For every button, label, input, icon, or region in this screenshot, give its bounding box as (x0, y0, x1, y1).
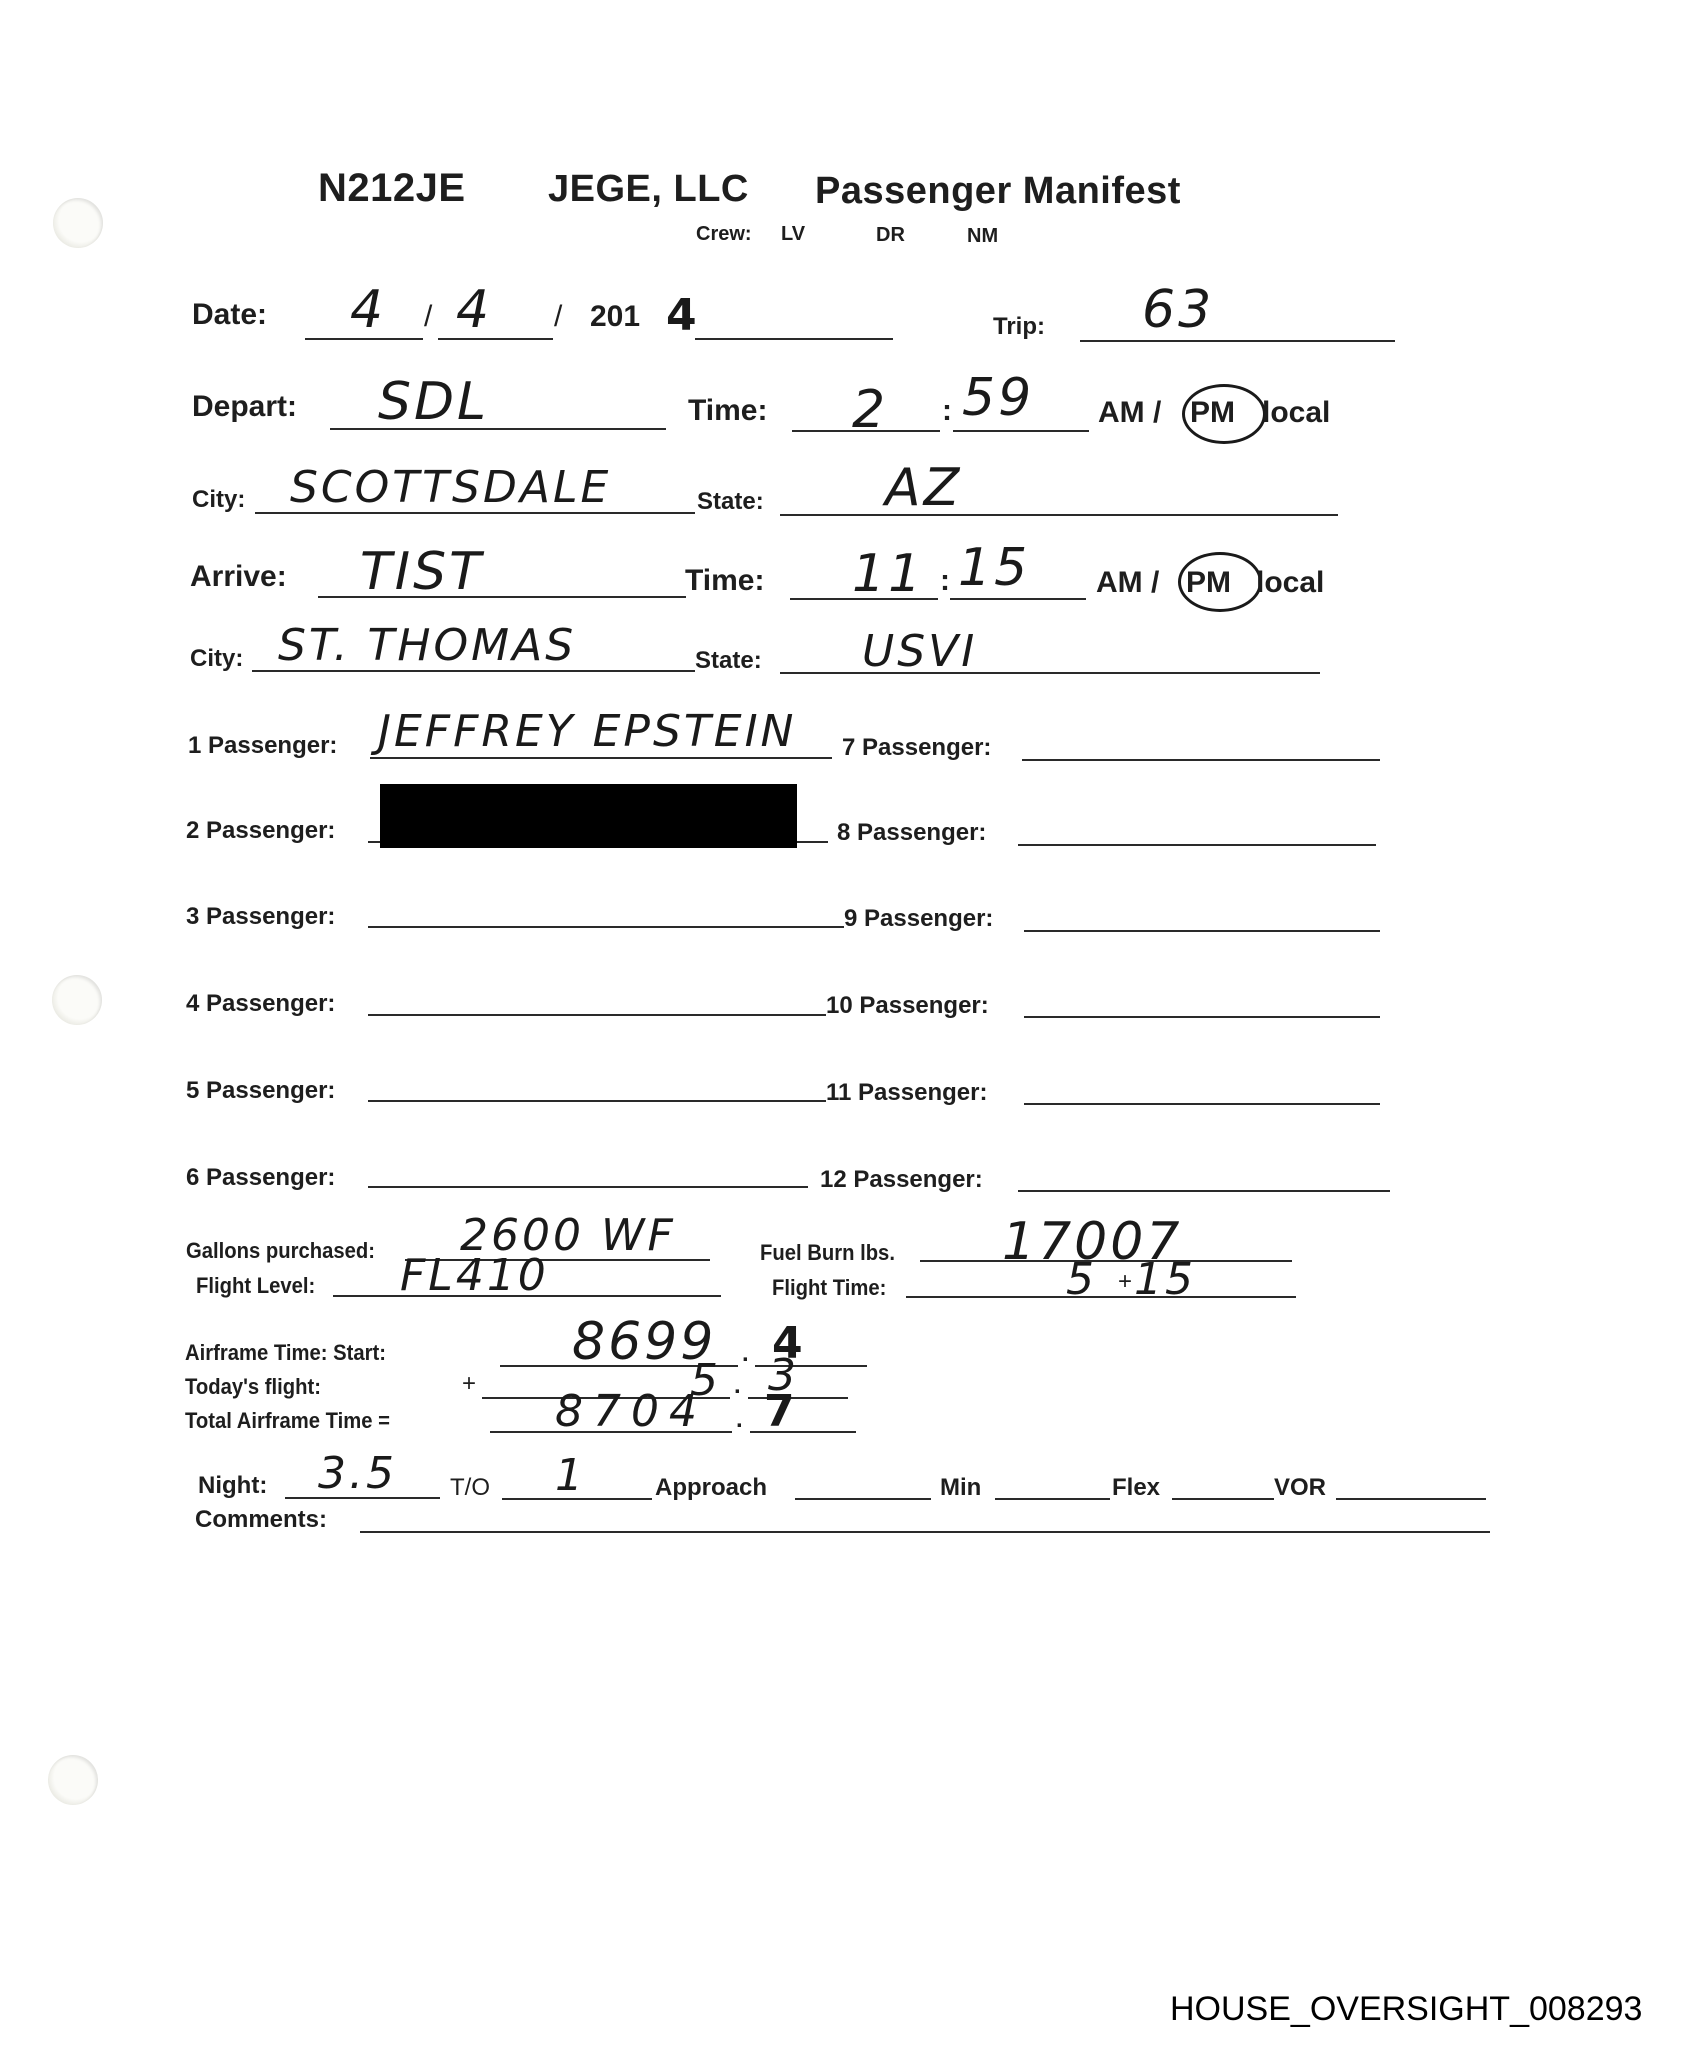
arrive-pm-selected-circle (1178, 552, 1262, 612)
passenger-12-field[interactable] (1018, 1190, 1390, 1192)
depart-city-label: City: (192, 486, 245, 514)
bates-number: HOUSE_OVERSIGHT_008293 (1170, 1990, 1642, 2029)
depart-local-label: local (1262, 396, 1330, 430)
todays-flight-dot: . (734, 1372, 741, 1400)
arrive-state-label: State: (695, 647, 762, 675)
to-label: T/O (450, 1474, 490, 1502)
crew-label: Crew: (696, 223, 752, 246)
depart-label: Depart: (192, 390, 297, 424)
passenger-11-field[interactable] (1024, 1103, 1380, 1105)
to-value: 1 (555, 1450, 586, 1501)
passenger-9-label: 9 Passenger: (844, 905, 993, 933)
total-airframe-tenths: 7 (764, 1386, 798, 1437)
trip-label: Trip: (993, 313, 1045, 341)
date-separator-1: / (424, 300, 432, 334)
depart-airport-value: SDL (378, 372, 489, 432)
date-label: Date: (192, 298, 267, 332)
comments-field[interactable] (360, 1531, 1490, 1533)
binder-hole-bottom (48, 1755, 98, 1805)
passenger-7-label: 7 Passenger: (842, 734, 991, 762)
passenger-3-label: 3 Passenger: (186, 903, 335, 931)
arrive-state-field[interactable] (780, 672, 1320, 674)
passenger-4-label: 4 Passenger: (186, 990, 335, 1018)
depart-state-field[interactable] (780, 514, 1338, 516)
airframe-start-dot: . (742, 1340, 749, 1368)
flex-field[interactable] (1172, 1498, 1274, 1500)
vor-field[interactable] (1336, 1498, 1486, 1500)
depart-time-label: Time: (688, 394, 767, 428)
min-label: Min (940, 1474, 981, 1502)
passenger-6-field[interactable] (368, 1186, 808, 1188)
passenger-5-label: 5 Passenger: (186, 1077, 335, 1105)
arrive-minute-field[interactable] (950, 598, 1086, 600)
flight-time-plus: + (1118, 1268, 1132, 1296)
depart-am-option[interactable]: AM / (1098, 396, 1161, 430)
arrive-label: Arrive: (190, 560, 287, 594)
date-year-handwritten: 4 (666, 290, 700, 341)
arrive-minute-value: 15 (958, 538, 1030, 598)
airframe-start-label: Airframe Time: Start: (185, 1340, 386, 1366)
depart-minute-field[interactable] (953, 430, 1089, 432)
passenger-3-field[interactable] (368, 926, 844, 928)
crew-member-1: LV (781, 223, 805, 246)
passenger-10-label: 10 Passenger: (826, 992, 989, 1020)
passenger-9-field[interactable] (1024, 930, 1380, 932)
date-year-field[interactable] (695, 338, 893, 340)
arrive-time-label: Time: (685, 564, 764, 598)
gallons-purchased-label: Gallons purchased: (186, 1238, 375, 1264)
page-title: Passenger Manifest (815, 170, 1181, 213)
passenger-12-label: 12 Passenger: (820, 1166, 983, 1194)
depart-minute-value: 59 (962, 368, 1034, 428)
depart-pm-selected-circle (1182, 384, 1266, 444)
binder-hole-middle (52, 975, 102, 1025)
passenger-7-field[interactable] (1022, 759, 1380, 761)
passenger-1-name: JEFFREY EPSTEIN (378, 706, 796, 757)
depart-hour-value: 2 (852, 380, 888, 440)
date-month-value: 4 (350, 280, 386, 340)
approach-field[interactable] (795, 1498, 931, 1500)
passenger-8-field[interactable] (1018, 844, 1376, 846)
tail-number: N212JE (318, 166, 466, 211)
passenger-5-field[interactable] (368, 1100, 826, 1102)
arrive-city-label: City: (190, 645, 243, 673)
passenger-6-label: 6 Passenger: (186, 1164, 335, 1192)
depart-state-label: State: (697, 488, 764, 516)
todays-flight-plus: + (462, 1370, 476, 1398)
flight-time-hours: 5 (1066, 1254, 1097, 1305)
flight-level-value: FL410 (400, 1250, 549, 1301)
todays-flight-label: Today's flight: (185, 1374, 321, 1400)
min-field[interactable] (995, 1498, 1110, 1500)
depart-time-separator: : (942, 394, 952, 428)
comments-label: Comments: (195, 1506, 327, 1534)
binder-hole-top (53, 198, 103, 248)
vor-label: VOR (1274, 1474, 1326, 1502)
flight-level-label: Flight Level: (196, 1273, 315, 1299)
arrive-local-label: local (1256, 566, 1324, 600)
total-airframe-label: Total Airframe Time = (185, 1408, 390, 1434)
trip-field[interactable] (1080, 340, 1395, 342)
arrive-state-value: USVI (862, 626, 977, 677)
flight-time-minutes: 15 (1134, 1254, 1196, 1305)
passenger-1-field[interactable] (370, 757, 832, 759)
passenger-4-field[interactable] (368, 1014, 826, 1016)
company-name: JEGE, LLC (548, 168, 749, 211)
flex-label: Flex (1112, 1474, 1160, 1502)
crew-member-3: NM (967, 225, 998, 248)
arrive-am-option[interactable]: AM / (1096, 566, 1159, 600)
arrive-hour-value: 11 (852, 544, 924, 604)
fuel-burn-label: Fuel Burn lbs. (760, 1240, 895, 1266)
flight-time-field[interactable] (906, 1296, 1296, 1298)
trip-number-value: 63 (1142, 280, 1214, 340)
passenger-1-label: 1 Passenger: (188, 732, 337, 760)
passenger-10-field[interactable] (1024, 1016, 1380, 1018)
depart-city-value: SCOTTSDALE (290, 462, 611, 513)
arrive-time-separator: : (940, 564, 950, 598)
passenger-2-label: 2 Passenger: (186, 817, 335, 845)
approach-label: Approach (655, 1474, 767, 1502)
depart-state-value: AZ (885, 458, 962, 518)
passenger-11-label: 11 Passenger: (826, 1079, 987, 1107)
flight-time-label: Flight Time: (772, 1275, 886, 1301)
night-label: Night: (198, 1472, 267, 1500)
arrive-city-value: ST. THOMAS (278, 620, 576, 671)
crew-member-2: DR (876, 224, 905, 247)
date-year-printed: 201 (590, 300, 640, 334)
date-separator-2: / (554, 300, 562, 334)
total-airframe-dot: . (736, 1406, 743, 1434)
date-day-value: 4 (456, 280, 492, 340)
passenger-8-label: 8 Passenger: (837, 819, 986, 847)
passenger-2-redaction (380, 784, 797, 848)
night-value: 3.5 (318, 1448, 397, 1499)
total-airframe-whole: 8704 (555, 1386, 707, 1437)
arrive-airport-value: TIST (360, 542, 484, 602)
